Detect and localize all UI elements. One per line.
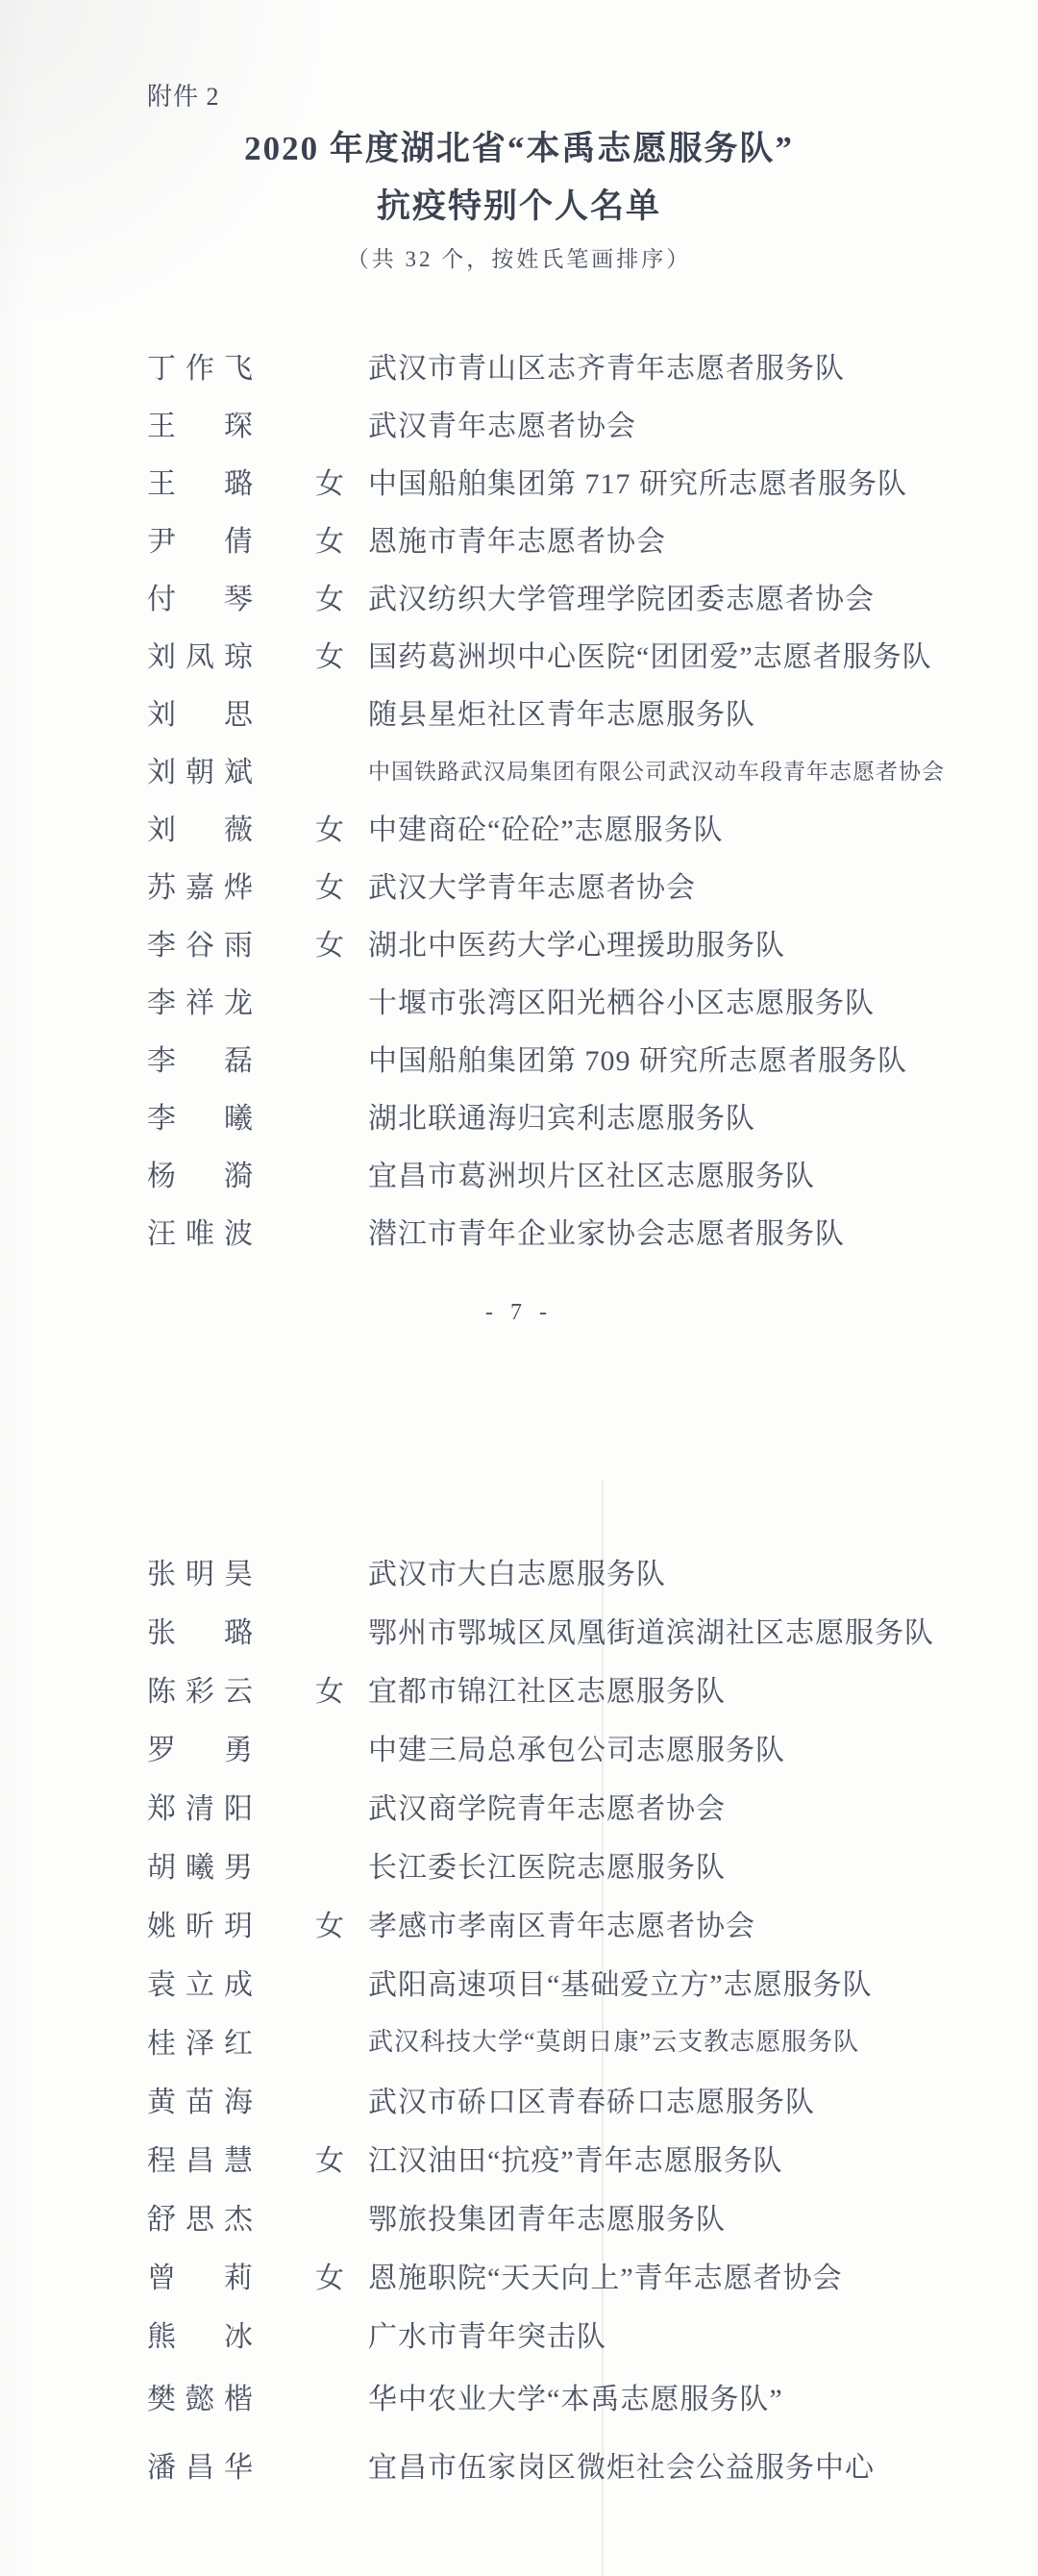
person-name: 程昌慧: [147, 2137, 291, 2179]
list-item: 付 琴女武汉纺织大学管理学院团委志愿者协会: [0, 567, 1038, 625]
person-gender: 女: [291, 460, 368, 502]
person-gender: 女: [291, 921, 368, 963]
person-name: 王 璐: [147, 460, 291, 502]
person-organization: 中国铁路武汉局集团有限公司武汉动车段青年志愿者协会: [368, 754, 945, 786]
list-item: 姚昕玥女孝感市孝南区青年志愿者协会: [0, 1893, 1038, 1952]
list-item: 刘 思随县星炬社区青年志愿服务队: [0, 683, 1038, 740]
person-organization: 广水市青年突击队: [368, 2313, 606, 2355]
person-name: 郑清阳: [147, 1785, 291, 1827]
person-name: 曾 莉: [147, 2254, 291, 2296]
person-organization: 武汉大学青年志愿者协会: [368, 863, 696, 906]
person-name: 刘 薇: [147, 806, 291, 848]
person-organization: 潜江市青年企业家协会志愿者服务队: [368, 1210, 845, 1252]
person-gender: 女: [291, 1902, 368, 1944]
list-item: 樊懿楷华中农业大学“本禹志愿服务队”: [0, 2366, 1038, 2425]
person-organization: 宜昌市伍家岗区微炬社会公益服务中心: [368, 2443, 875, 2486]
person-organization: 十堰市张湾区阳光栖谷小区志愿服务队: [368, 979, 875, 1021]
list-item: 潘昌华宜昌市伍家岗区微炬社会公益服务中心: [0, 2435, 1038, 2493]
person-name: 李 曦: [147, 1094, 291, 1137]
person-name: 李祥龙: [147, 979, 291, 1021]
person-name: 付 琴: [147, 575, 291, 617]
person-name: 黄苗海: [147, 2078, 291, 2120]
person-organization: 武汉市硚口区青春硚口志愿服务队: [368, 2078, 815, 2120]
person-gender: 女: [291, 633, 368, 675]
person-name: 刘凤琼: [147, 633, 291, 675]
person-organization: 中建商砼“砼砼”志愿服务队: [368, 806, 724, 848]
person-organization: 中国船舶集团第 717 研究所志愿者服务队: [368, 460, 907, 502]
list-item: 罗 勇中建三局总承包公司志愿服务队: [0, 1717, 1038, 1776]
list-item: 刘凤琼女国药葛洲坝中心医院“团团爱”志愿者服务队: [0, 625, 1038, 683]
person-gender: 女: [291, 1667, 368, 1710]
person-organization: 湖北联通海归宾利志愿服务队: [368, 1094, 755, 1137]
person-organization: 江汉油田“抗疫”青年志愿服务队: [368, 2137, 783, 2179]
list-item: 王 璐女中国船舶集团第 717 研究所志愿者服务队: [0, 452, 1038, 510]
person-name: 袁立成: [147, 1961, 291, 2003]
list-item: 李谷雨女湖北中医药大学心理援助服务队: [0, 913, 1038, 971]
person-name: 杨 漪: [147, 1152, 291, 1194]
list-item: 袁立成武阳高速项目“基础爱立方”志愿服务队: [0, 1952, 1038, 2011]
person-gender: 女: [291, 517, 368, 560]
person-name: 尹 倩: [147, 517, 291, 560]
person-organization: 国药葛洲坝中心医院“团团爱”志愿者服务队: [368, 633, 932, 675]
person-organization: 恩施市青年志愿者协会: [368, 517, 666, 560]
person-organization: 宜昌市葛洲坝片区社区志愿服务队: [368, 1152, 815, 1194]
person-organization: 武汉纺织大学管理学院团委志愿者协会: [368, 575, 875, 617]
person-organization: 湖北中医药大学心理援助服务队: [368, 921, 785, 963]
person-name: 熊 冰: [147, 2313, 291, 2355]
person-organization: 宜都市锦江社区志愿服务队: [368, 1667, 726, 1710]
person-organization: 鄂州市鄂城区凤凰街道滨湖社区志愿服务队: [368, 1609, 934, 1651]
person-name: 姚昕玥: [147, 1902, 291, 1944]
person-name: 苏嘉烨: [147, 863, 291, 906]
person-name: 刘 思: [147, 690, 291, 733]
person-organization: 中建三局总承包公司志愿服务队: [368, 1726, 785, 1768]
list-item: 丁作飞武汉市青山区志齐青年志愿者服务队: [0, 337, 1038, 394]
person-name: 舒思杰: [147, 2195, 291, 2238]
person-organization: 武阳高速项目“基础爱立方”志愿服务队: [368, 1961, 873, 2003]
person-organization: 武汉商学院青年志愿者协会: [368, 1785, 726, 1827]
list-item: 熊 冰广水市青年突击队: [0, 2304, 1038, 2363]
person-name: 潘昌华: [147, 2443, 291, 2486]
person-organization: 孝感市孝南区青年志愿者协会: [368, 1902, 755, 1944]
person-name: 王 琛: [147, 402, 291, 444]
list-item: 张 璐鄂州市鄂城区凤凰街道滨湖社区志愿服务队: [0, 1600, 1038, 1659]
list-item: 桂泽红武汉科技大学“莫朗日康”云支教志愿服务队: [0, 2011, 1038, 2069]
list-item: 郑清阳武汉商学院青年志愿者协会: [0, 1776, 1038, 1835]
list-item: 舒思杰鄂旅投集团青年志愿服务队: [0, 2187, 1038, 2245]
document-title-line2: 抗疫特别个人名单: [0, 180, 1038, 228]
person-organization: 华中农业大学“本禹志愿服务队”: [368, 2375, 783, 2417]
person-gender: 女: [291, 863, 368, 906]
list-item: 王 琛武汉青年志愿者协会: [0, 394, 1038, 452]
list-item: 汪唯波潜江市青年企业家协会志愿者服务队: [0, 1202, 1038, 1260]
person-organization: 长江委长江医院志愿服务队: [368, 1843, 726, 1886]
person-gender: 女: [291, 2137, 368, 2179]
person-name: 樊懿楷: [147, 2375, 291, 2417]
list-item: 杨 漪宜昌市葛洲坝片区社区志愿服务队: [0, 1144, 1038, 1202]
document-subtitle: （共 32 个，按姓氏笔画排序）: [0, 241, 1038, 273]
person-name: 刘朝斌: [147, 748, 291, 790]
person-name: 桂泽红: [147, 2019, 291, 2062]
document-title-line1: 2020 年度湖北省“本禹志愿服务队”: [0, 122, 1038, 170]
person-organization: 武汉科技大学“莫朗日康”云支教志愿服务队: [368, 2022, 859, 2058]
list-item: 李祥龙十堰市张湾区阳光栖谷小区志愿服务队: [0, 971, 1038, 1029]
person-name: 陈彩云: [147, 1667, 291, 1710]
awardee-list-page-2: 张明昊武汉市大白志愿服务队张 璐鄂州市鄂城区凤凰街道滨湖社区志愿服务队陈彩云女宜…: [0, 1541, 1038, 2493]
person-organization: 恩施职院“天天向上”青年志愿者协会: [368, 2254, 843, 2296]
list-item: 尹 倩女恩施市青年志愿者协会: [0, 510, 1038, 567]
person-organization: 随县星炬社区青年志愿服务队: [368, 690, 755, 733]
person-gender: 女: [291, 806, 368, 848]
person-gender: 女: [291, 575, 368, 617]
person-organization: 鄂旅投集团青年志愿服务队: [368, 2195, 726, 2238]
attachment-label: 附件 2: [147, 77, 220, 113]
person-name: 胡曦男: [147, 1843, 291, 1886]
person-name: 张 璐: [147, 1609, 291, 1651]
person-organization: 中国船舶集团第 709 研究所志愿者服务队: [368, 1037, 907, 1079]
list-item: 陈彩云女宜都市锦江社区志愿服务队: [0, 1659, 1038, 1717]
person-organization: 武汉青年志愿者协会: [368, 402, 636, 444]
list-item: 李 磊中国船舶集团第 709 研究所志愿者服务队: [0, 1029, 1038, 1087]
person-gender: 女: [291, 2254, 368, 2296]
person-name: 李谷雨: [147, 921, 291, 963]
list-item: 刘朝斌中国铁路武汉局集团有限公司武汉动车段青年志愿者协会: [0, 740, 1038, 798]
person-organization: 武汉市大白志愿服务队: [368, 1550, 666, 1592]
person-organization: 武汉市青山区志齐青年志愿者服务队: [368, 344, 845, 387]
person-name: 张明昊: [147, 1550, 291, 1592]
list-item: 黄苗海武汉市硚口区青春硚口志愿服务队: [0, 2069, 1038, 2128]
page-number: - 7 -: [0, 1300, 1038, 1326]
person-name: 汪唯波: [147, 1210, 291, 1252]
list-item: 曾 莉女恩施职院“天天向上”青年志愿者协会: [0, 2245, 1038, 2304]
list-item: 刘 薇女中建商砼“砼砼”志愿服务队: [0, 798, 1038, 856]
person-name: 李 磊: [147, 1037, 291, 1079]
list-item: 李 曦湖北联通海归宾利志愿服务队: [0, 1087, 1038, 1144]
awardee-list-page-1: 丁作飞武汉市青山区志齐青年志愿者服务队王 琛武汉青年志愿者协会王 璐女中国船舶集…: [0, 337, 1038, 1260]
list-item: 胡曦男长江委长江医院志愿服务队: [0, 1835, 1038, 1893]
list-item: 苏嘉烨女武汉大学青年志愿者协会: [0, 856, 1038, 913]
person-name: 罗 勇: [147, 1726, 291, 1768]
list-item: 张明昊武汉市大白志愿服务队: [0, 1541, 1038, 1600]
person-name: 丁作飞: [147, 344, 291, 387]
list-item: 程昌慧女江汉油田“抗疫”青年志愿服务队: [0, 2128, 1038, 2187]
